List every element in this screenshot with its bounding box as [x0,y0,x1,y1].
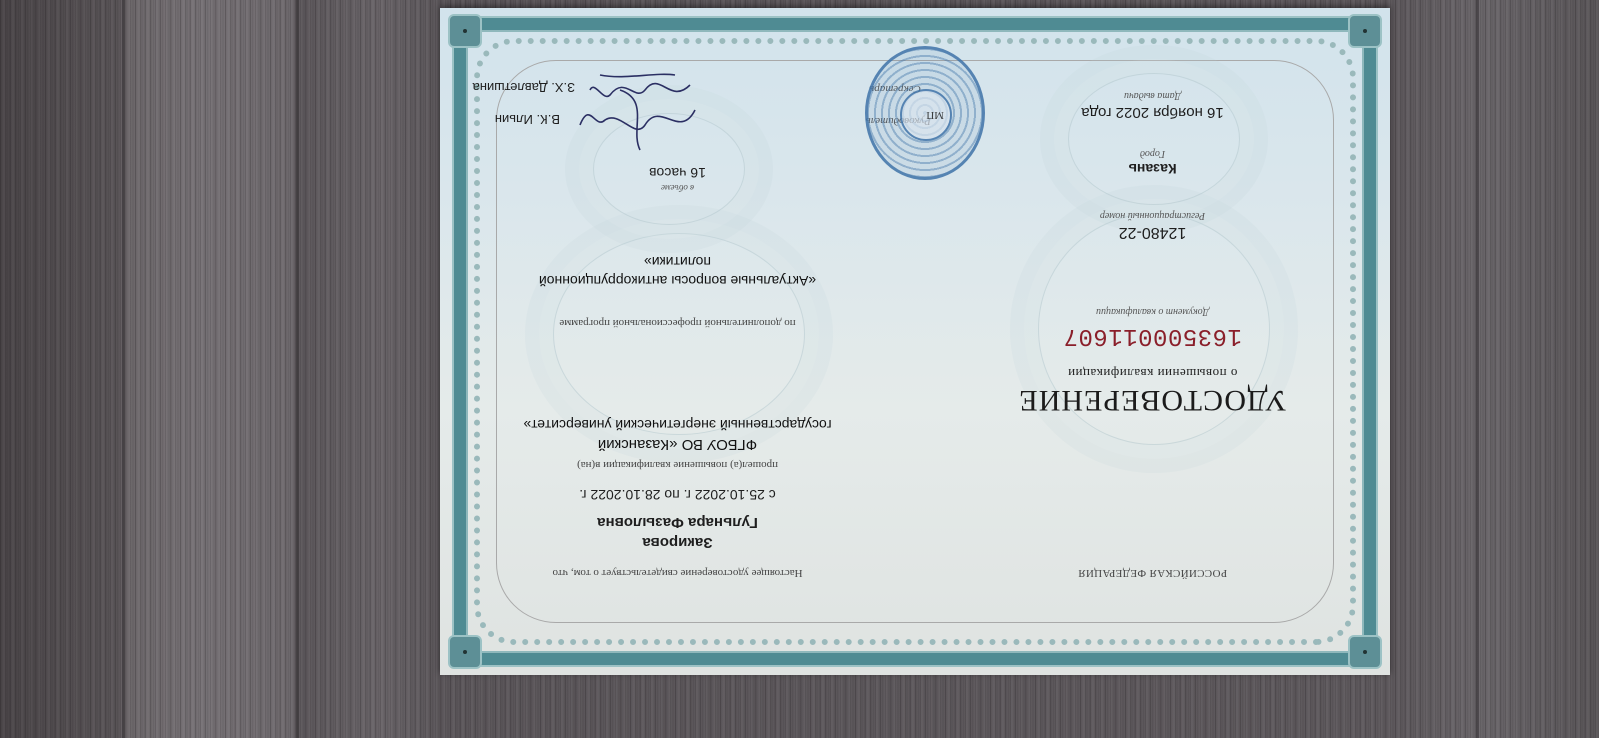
registration-number-label: Регистрационный номер [915,210,1390,221]
document-subtitle: о повышении квалификации [915,365,1390,381]
organization-line-1: ФГБОУ ВО «Казанский [440,436,915,453]
certificate: РОССИЙСКАЯ ФЕДЕРАЦИЯ УДОСТОВЕРЕНИЕ о пов… [440,8,1390,675]
secretary-name: З.Х. Давлетшина [473,80,575,95]
left-page: РОССИЙСКАЯ ФЕДЕРАЦИЯ УДОСТОВЕРЕНИЕ о пов… [915,8,1390,675]
issue-date-label: Дата выдачи [915,90,1390,101]
city-label: Город [915,148,1390,159]
right-page: Настоящее удостоверение свидетельствует … [440,8,915,675]
training-period: с 25.10.2022 г. по 28.10.2022 г. [440,487,915,503]
wood-plank-seam [296,0,299,738]
country-label: РОССИЙСКАЯ ФЕДЕРАЦИЯ [915,567,1390,579]
serial-number: 163500011607 [915,322,1390,349]
program-label: по дополнительной профессиональной прогр… [440,317,915,329]
secretary-signature-icon [585,65,695,110]
wood-plank-seam [1476,0,1479,738]
official-seal-stamp-icon: МП [865,46,985,180]
city-value: Казань [915,161,1390,177]
serial-number-label: Документ о квалификации [915,306,1390,317]
seal-label: МП [926,109,944,121]
head-name: В.К. Ильин [495,112,560,127]
document-title: УДОСТОВЕРЕНИЕ [915,383,1390,417]
intro-text: Настоящее удостоверение свидетельствует … [440,567,915,579]
volume-label: в объеме [440,183,915,193]
recipient-name: Гульнара Фазыловна [440,514,915,531]
issue-date: 16 ноября 2022 года [915,104,1390,121]
wood-plank-seam [122,0,125,738]
organization-line-2: государственный энергетический университ… [440,417,915,433]
program-line-2: политики» [440,254,915,270]
program-line-1: «Актуальные вопросы антикоррупционной [440,273,915,289]
volume-hours: 16 часов [440,165,915,181]
recipient-surname: Закирова [440,534,915,551]
passed-label: прошел(а) повышение квалификации в(на) [440,459,915,471]
registration-number: 12480-22 [915,223,1390,241]
